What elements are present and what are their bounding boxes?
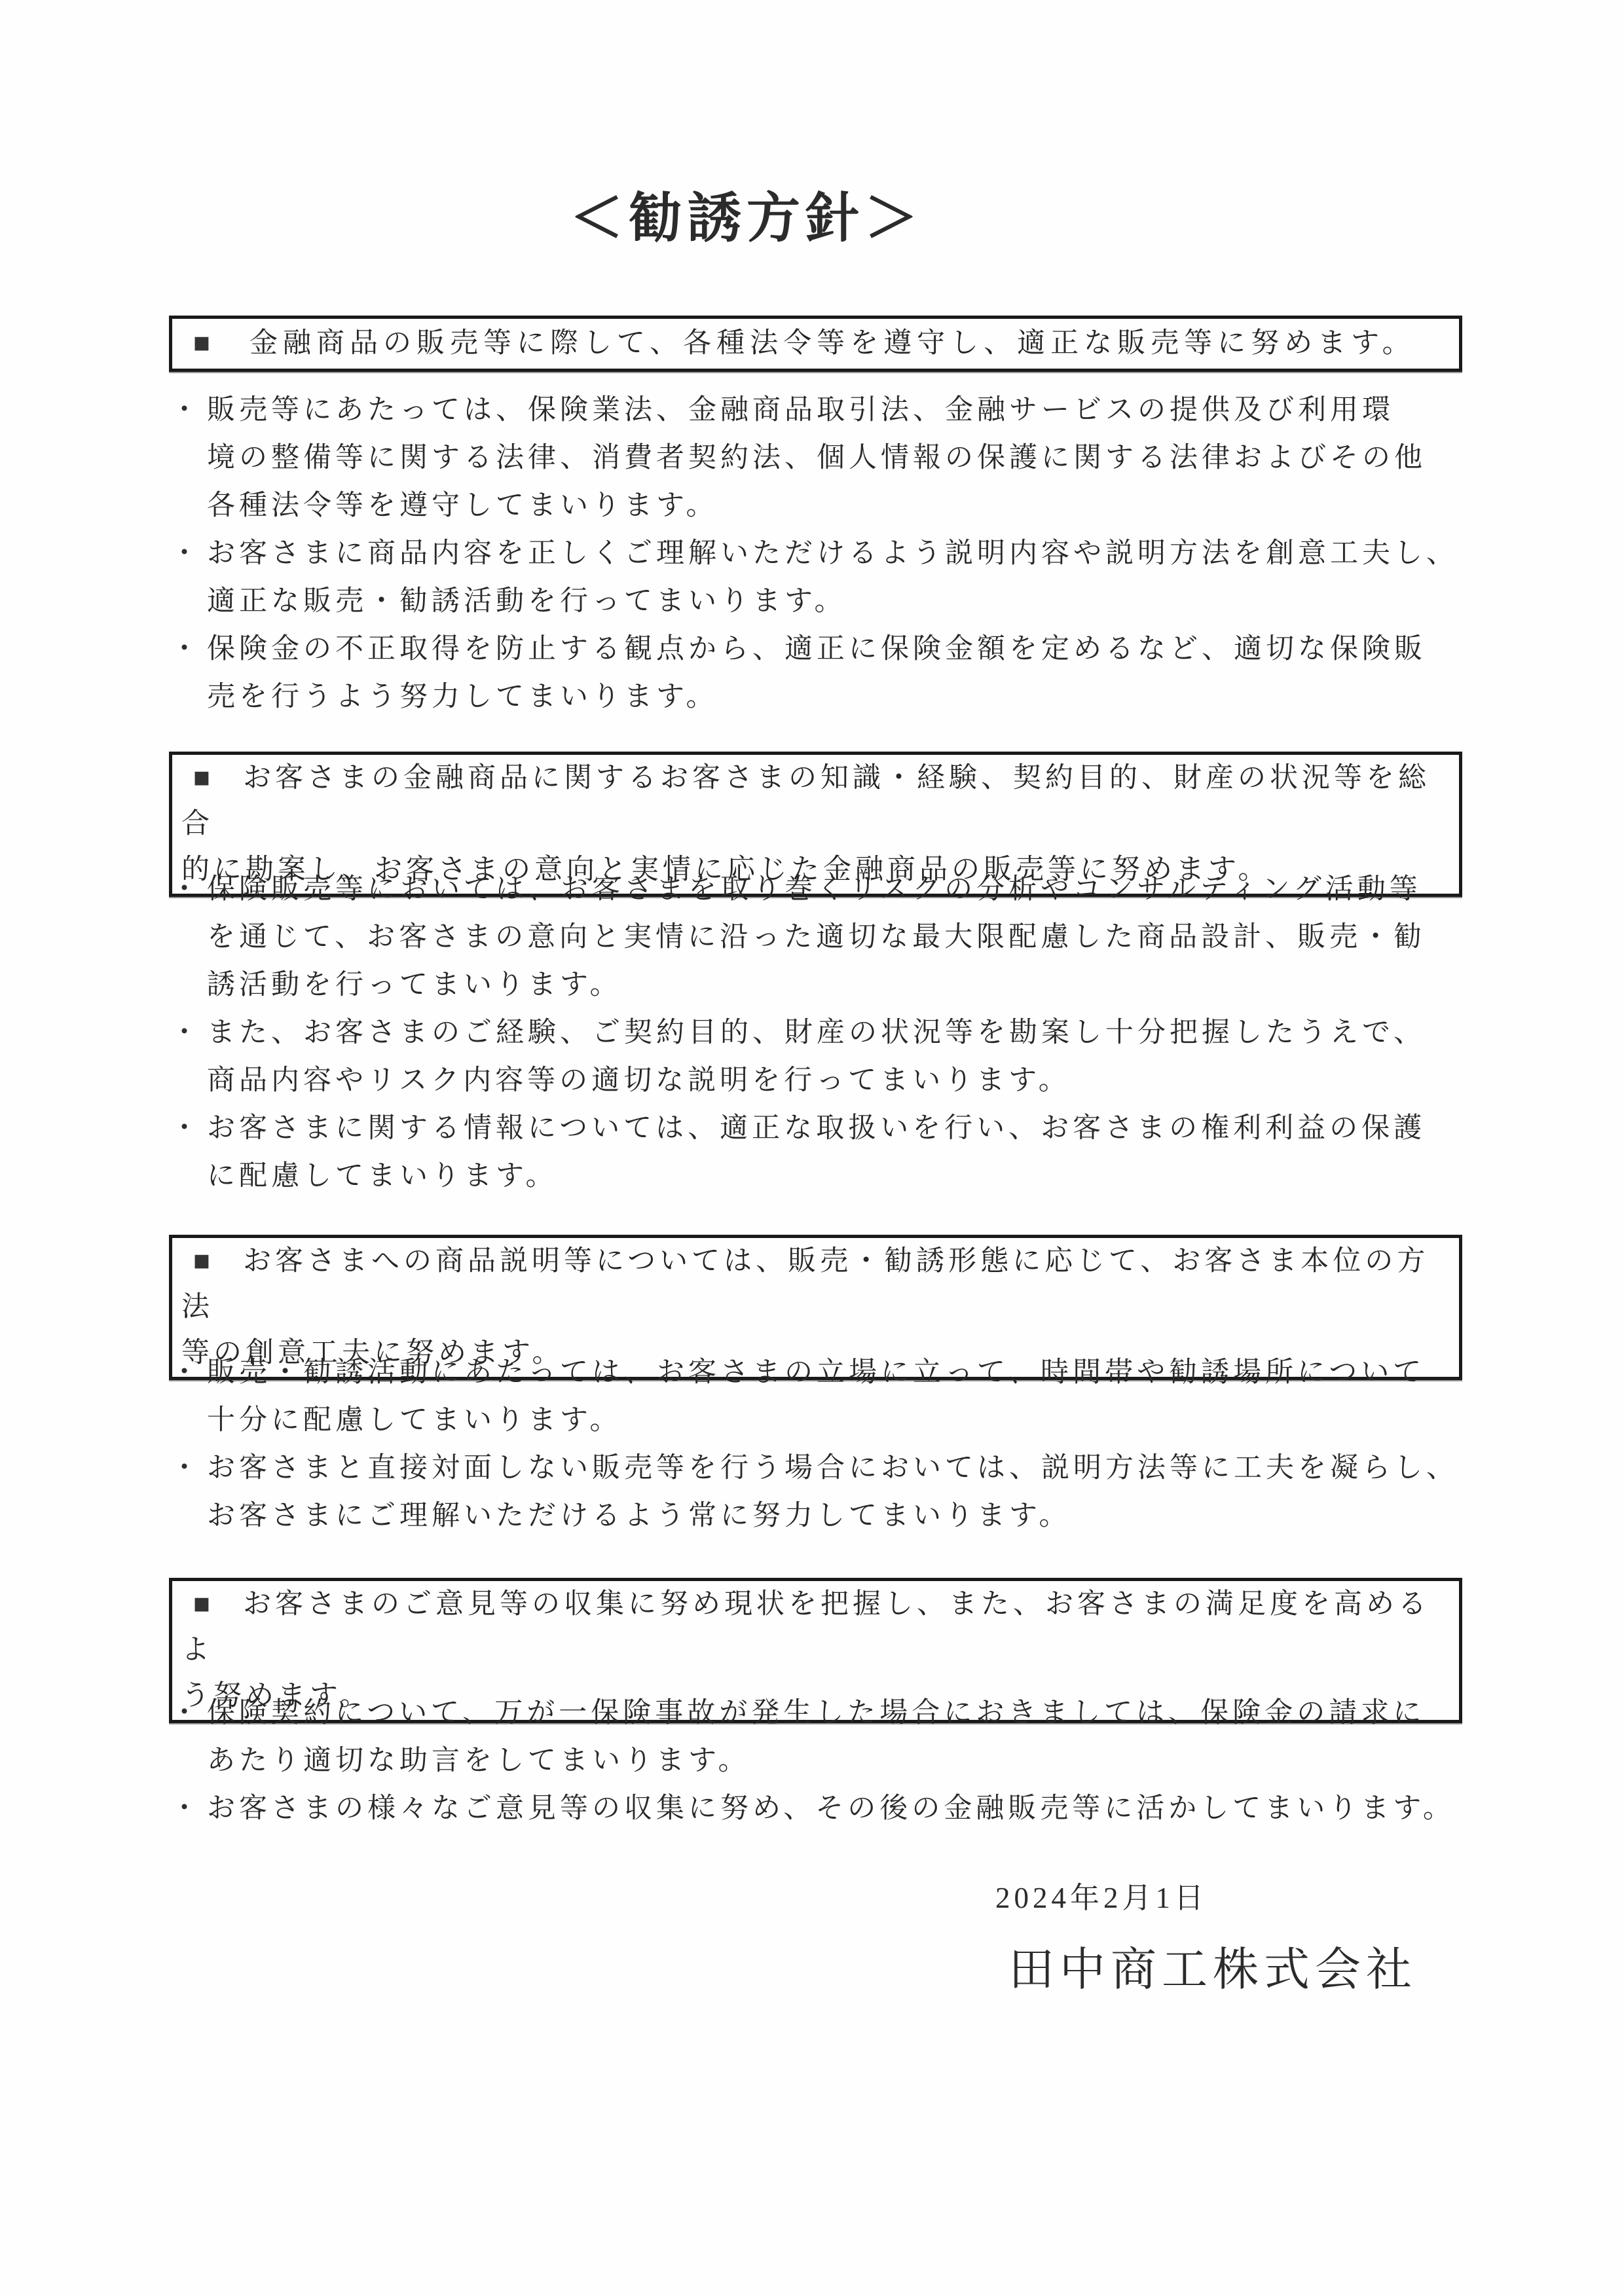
section-marker-icon: ■ (193, 328, 215, 359)
date-line: 2024年2月1日 (995, 1874, 1208, 1916)
section-1-heading-text: 金融商品の販売等に際して、各種法令等を遵守し、適正な販売等に努めます。 (249, 328, 1416, 359)
bullet-item: ・販売・勧誘活動にあたっては、お客さまの立場に立って、時間帯や勧誘場所について … (169, 1349, 1469, 1444)
bullet-item: ・お客さまの様々なご意見等の収集に努め、その後の金融販売等に活かしてまいります。 (169, 1785, 1469, 1832)
section-2-bullets: ・保険販売等においては、お客さまを取り巻くリスクの分析やコンサルティング活動等 … (169, 866, 1469, 1200)
bullet-text: お客さまに商品内容を正しくご理解いただけるよう説明内容や説明方法を創意工夫し、 … (207, 538, 1458, 617)
document-page: ＜勧誘方針＞ ■金融商品の販売等に際して、各種法令等を遵守し、適正な販売等に努め… (0, 0, 1624, 2296)
section-marker-icon: ■ (193, 1246, 214, 1277)
bullet-item: ・販売等にあたっては、保険業法、金融商品取引法、金融サービスの提供及び利用環 境… (169, 386, 1469, 530)
bullet-marker-icon: ・ (170, 1349, 198, 1396)
section-1-heading-box: ■金融商品の販売等に際して、各種法令等を遵守し、適正な販売等に努めます。 (169, 316, 1462, 372)
bullet-marker-icon: ・ (170, 1689, 198, 1737)
bullet-marker-icon: ・ (170, 625, 198, 673)
bullet-item: ・保険販売等においては、お客さまを取り巻くリスクの分析やコンサルティング活動等 … (169, 866, 1469, 1009)
bullet-marker-icon: ・ (170, 1104, 198, 1152)
bullet-text: また、お客さまのご経験、ご契約目的、財産の状況等を勘案し十分把握したうえで、 商… (207, 1017, 1426, 1096)
bullet-marker-icon: ・ (170, 1009, 198, 1057)
page-title: ＜勧誘方針＞ (0, 175, 1493, 252)
bullet-item: ・お客さまに商品内容を正しくご理解いただけるよう説明内容や説明方法を創意工夫し、… (169, 530, 1469, 625)
company-name: 田中商工株式会社 (1008, 1933, 1417, 1999)
bullet-text: 保険販売等においては、お客さまを取り巻くリスクの分析やコンサルティング活動等 を… (207, 874, 1426, 1000)
bullet-text: お客さまと直接対面しない販売等を行う場合においては、説明方法等に工夫を凝らし、 … (207, 1453, 1458, 1531)
bullet-item: ・保険金の不正取得を防止する観点から、適正に保険金額を定めるなど、適切な保険販 … (169, 625, 1469, 721)
bullet-text: 保険契約について、万が一保険事故が発生した場合におきましては、保険金の請求に あ… (207, 1698, 1425, 1776)
bullet-marker-icon: ・ (170, 386, 198, 434)
section-4-bullets: ・保険契約について、万が一保険事故が発生した場合におきましては、保険金の請求に … (169, 1689, 1469, 1832)
section-3-bullets: ・販売・勧誘活動にあたっては、お客さまの立場に立って、時間帯や勧誘場所について … (169, 1349, 1469, 1540)
bullet-text: 保険金の不正取得を防止する観点から、適正に保険金額を定めるなど、適切な保険販 売… (207, 634, 1426, 712)
bullet-marker-icon: ・ (170, 530, 198, 577)
bullet-text: お客さまに関する情報については、適正な取扱いを行い、お客さまの権利利益の保護 に… (207, 1113, 1426, 1192)
section-1-bullets: ・販売等にあたっては、保険業法、金融商品取引法、金融サービスの提供及び利用環 境… (169, 386, 1469, 721)
bullet-marker-icon: ・ (170, 866, 198, 913)
bullet-text: 販売等にあたっては、保険業法、金融商品取引法、金融サービスの提供及び利用環 境の… (207, 395, 1426, 521)
bullet-item: ・お客さまと直接対面しない販売等を行う場合においては、説明方法等に工夫を凝らし、… (169, 1444, 1469, 1540)
bullet-marker-icon: ・ (170, 1785, 198, 1832)
bullet-item: ・お客さまに関する情報については、適正な取扱いを行い、お客さまの権利利益の保護 … (169, 1104, 1469, 1200)
bullet-text: お客さまの様々なご意見等の収集に努め、その後の金融販売等に活かしてまいります。 (207, 1793, 1455, 1824)
bullet-item: ・また、お客さまのご経験、ご契約目的、財産の状況等を勘案し十分把握したうえで、 … (169, 1009, 1469, 1104)
bullet-marker-icon: ・ (170, 1444, 198, 1492)
section-1-heading: ■金融商品の販売等に際して、各種法令等を遵守し、適正な販売等に努めます。 (172, 319, 1459, 369)
bullet-item: ・保険契約について、万が一保険事故が発生した場合におきましては、保険金の請求に … (169, 1689, 1469, 1785)
section-marker-icon: ■ (193, 763, 214, 793)
bullet-text: 販売・勧誘活動にあたっては、お客さまの立場に立って、時間帯や勧誘場所について 十… (207, 1357, 1425, 1436)
section-marker-icon: ■ (193, 1589, 214, 1620)
